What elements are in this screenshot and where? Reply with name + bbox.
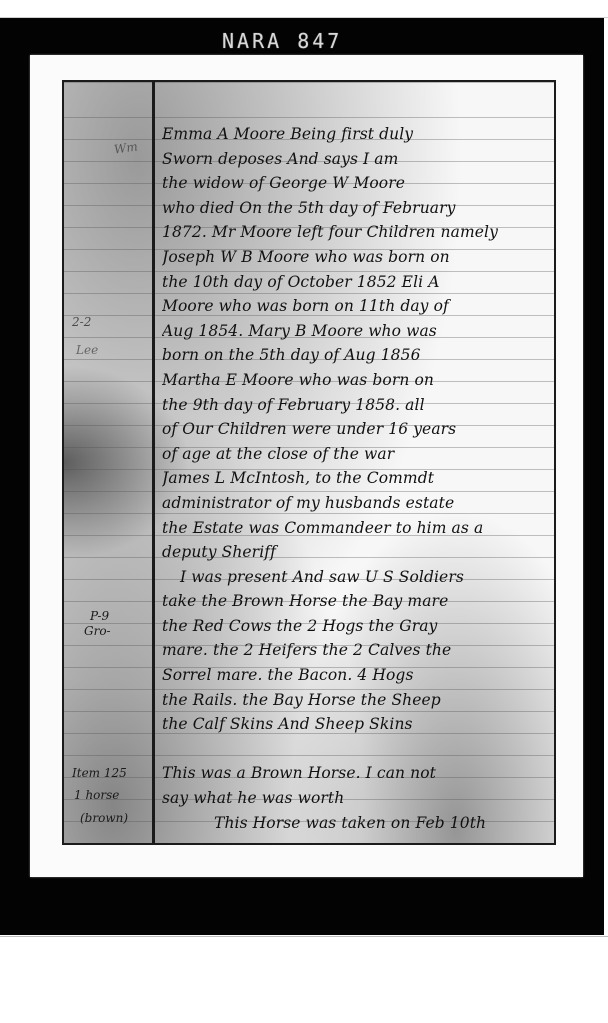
text-line: Aug 1854. Mary B Moore who was	[162, 319, 552, 344]
text-line: the 10th day of October 1852 Eli A	[162, 270, 552, 295]
text-line: the Calf Skins And Sheep Skins	[162, 712, 552, 737]
text-line: say what he was worth	[162, 786, 552, 811]
text-line: administrator of my husbands estate	[162, 491, 552, 516]
text-line: the Rails. the Bay Horse the Sheep	[162, 688, 552, 713]
frame-right-edge	[604, 18, 608, 935]
margin-note: (brown)	[80, 810, 128, 826]
text-line: the Estate was Commandeer to him as a	[162, 516, 552, 541]
text-line: This Horse was taken on Feb 10th	[162, 811, 552, 836]
margin-note: Wm	[113, 138, 139, 157]
margin-note: Item 125	[72, 765, 127, 781]
margin-note: Lee	[76, 342, 98, 358]
margin-column: Wm 2-2 Lee P-9 Gro- Item 125 1 horse (br…	[64, 82, 152, 843]
text-line: Sworn deposes And says I am	[162, 147, 552, 172]
text-line: James L McIntosh, to the Commdt	[162, 466, 552, 491]
text-line: of age at the close of the war	[162, 442, 552, 467]
ledger-page: Wm 2-2 Lee P-9 Gro- Item 125 1 horse (br…	[62, 80, 556, 845]
margin-rule	[152, 82, 155, 843]
text-line: 1872. Mr Moore left four Children namely	[162, 220, 552, 245]
margin-note: Gro-	[84, 623, 111, 639]
frame-label: NARA 847	[222, 27, 372, 55]
margin-note: P-9	[90, 608, 109, 624]
text-line: Emma A Moore Being first duly	[162, 122, 552, 147]
text-line: the Red Cows the 2 Hogs the Gray	[162, 614, 552, 639]
text-line	[162, 737, 552, 762]
text-line: Martha E Moore who was born on	[162, 368, 552, 393]
text-line: mare. the 2 Heifers the 2 Calves the	[162, 638, 552, 663]
text-line: born on the 5th day of Aug 1856	[162, 343, 552, 368]
text-line: I was present And saw U S Soldiers	[162, 565, 552, 590]
text-line: Moore who was born on 11th day of	[162, 294, 552, 319]
viewer-top-strip	[0, 0, 608, 18]
text-line: This was a Brown Horse. I can not	[162, 761, 552, 786]
text-line: the widow of George W Moore	[162, 171, 552, 196]
text-line: the 9th day of February 1858. all	[162, 393, 552, 418]
text-line: Joseph W B Moore who was born on	[162, 245, 552, 270]
text-line: take the Brown Horse the Bay mare	[162, 589, 552, 614]
text-line: deputy Sheriff	[162, 540, 552, 565]
handwritten-text: Emma A Moore Being first duly Sworn depo…	[162, 122, 552, 835]
text-line: who died On the 5th day of February	[162, 196, 552, 221]
margin-note: 1 horse	[74, 787, 119, 803]
text-line: Sorrel mare. the Bacon. 4 Hogs	[162, 663, 552, 688]
margin-note: 2-2	[72, 314, 91, 330]
viewer-bottom-area	[0, 936, 608, 1023]
text-line: of Our Children were under 16 years	[162, 417, 552, 442]
